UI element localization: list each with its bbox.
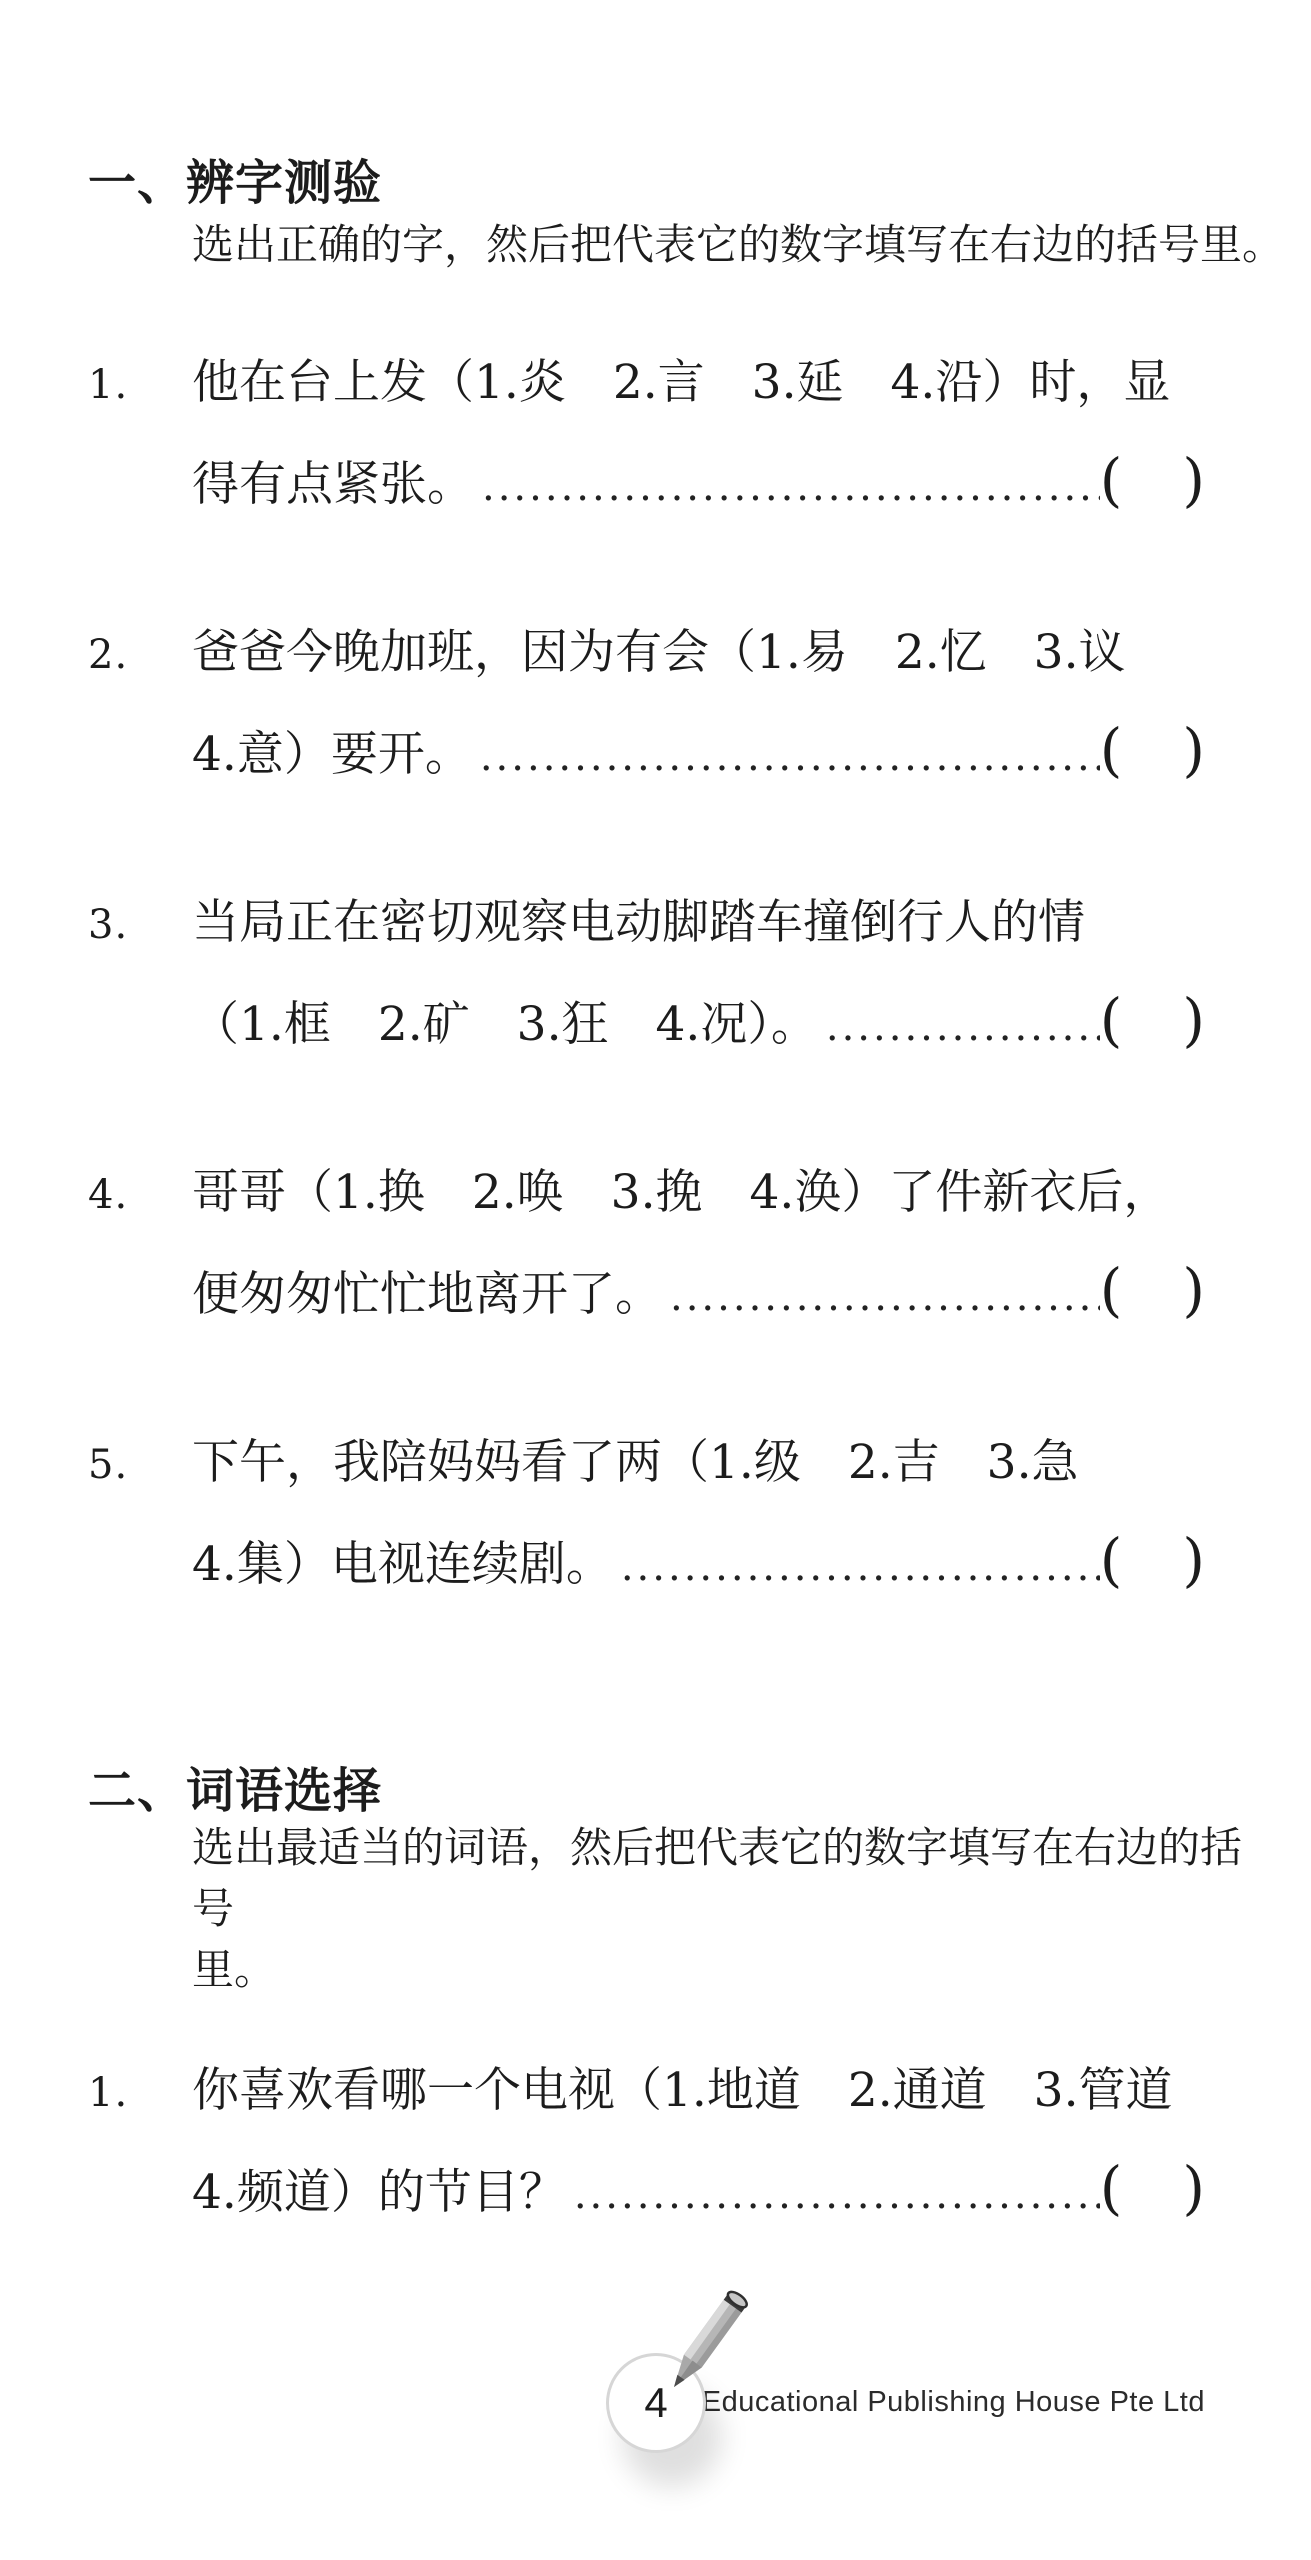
bracket-open: ( — [1100, 720, 1123, 780]
bracket-open: ( — [1100, 990, 1123, 1050]
section-1-instruction: 选出正确的字，然后把代表它的数字填写在右边的括号里。 — [192, 214, 1252, 275]
question-1-line1: 他在台上发（1.炎 2.言 3.延 4.沿）时，显 — [192, 353, 1170, 413]
question-1-number: 1. — [88, 355, 192, 415]
answer-brackets: () — [1100, 1530, 1205, 1590]
question-4-line1: 哥哥（1.换 2.唤 3.挽 4.涣）了件新衣后， — [192, 1163, 1170, 1223]
bracket-close: ) — [1182, 990, 1205, 1050]
question-5: 5. 下午，我陪妈妈看了两（1.级 2.吉 3.急 4.集）电视连续剧。 ...… — [88, 1433, 1205, 1597]
question-3-line2: （1.框 2.矿 3.狂 4.况）。 — [192, 995, 818, 1055]
answer-brackets: () — [1100, 2158, 1205, 2218]
section-2-number: 二、 — [88, 1765, 186, 1818]
section-1-instruction-text: 选出正确的字，然后把代表它的数字填写在右边的括号里。 — [192, 220, 1284, 269]
bracket-close: ) — [1182, 1260, 1205, 1320]
bracket-open: ( — [1100, 2158, 1123, 2218]
dotted-leader: ........................................… — [662, 1267, 1100, 1327]
question-4: 4. 哥哥（1.换 2.唤 3.挽 4.涣）了件新衣后， 便匆匆忙忙地离开了。 … — [88, 1163, 1205, 1327]
section-2-question-1-line2: 4.频道）的节目？ — [192, 2163, 566, 2223]
question-2: 2. 爸爸今晚加班，因为有会（1.易 2.忆 3.议 4.意）要开。 .....… — [88, 623, 1205, 787]
question-2-line1: 爸爸今晚加班，因为有会（1.易 2.忆 3.议 — [192, 623, 1126, 683]
bracket-open: ( — [1100, 1260, 1123, 1320]
pencil-icon — [650, 2283, 760, 2393]
question-3-number: 3. — [88, 895, 192, 955]
bracket-close: ) — [1182, 2158, 1205, 2218]
section-2-instruction-line1: 选出最适当的词语，然后把代表它的数字填写在右边的括号 — [192, 1817, 1252, 1939]
answer-brackets: () — [1100, 450, 1205, 510]
section-1-number: 一、 — [88, 157, 186, 210]
dotted-leader: ........................................… — [613, 1537, 1100, 1597]
section-1-header: 一、辨字测验 — [88, 144, 382, 213]
answer-brackets: () — [1100, 1260, 1205, 1320]
section-2-header: 二、词语选择 — [88, 1752, 382, 1821]
section-2-instruction: 选出最适当的词语，然后把代表它的数字填写在右边的括号 里。 — [192, 1817, 1252, 2000]
section-2-instruction-line2: 里。 — [192, 1939, 1252, 2000]
question-3-line1: 当局正在密切观察电动脚踏车撞倒行人的情 — [192, 893, 1085, 953]
dotted-leader: ........................................… — [472, 727, 1100, 787]
bracket-open: ( — [1100, 450, 1123, 510]
section-1-title: 辨字测验 — [186, 157, 382, 210]
section-2-question-1: 1. 你喜欢看哪一个电视（1.地道 2.通道 3.管道 4.频道）的节目？ ..… — [88, 2061, 1205, 2225]
question-4-number: 4. — [88, 1165, 192, 1225]
question-5-line2: 4.集）电视连续剧。 — [192, 1535, 613, 1595]
question-5-number: 5. — [88, 1435, 192, 1495]
bracket-open: ( — [1100, 1530, 1123, 1590]
question-3: 3. 当局正在密切观察电动脚踏车撞倒行人的情 （1.框 2.矿 3.狂 4.况）… — [88, 893, 1205, 1057]
section-2-question-1-line1: 你喜欢看哪一个电视（1.地道 2.通道 3.管道 — [192, 2061, 1173, 2121]
dotted-leader: ........................................… — [566, 2165, 1100, 2225]
section-2-question-1-number: 1. — [88, 2063, 192, 2123]
dotted-leader: ........................................… — [474, 457, 1100, 517]
question-1-line2: 得有点紧张。 — [192, 455, 474, 515]
bracket-close: ) — [1182, 450, 1205, 510]
bracket-close: ) — [1182, 1530, 1205, 1590]
question-4-line2: 便匆匆忙忙地离开了。 — [192, 1265, 662, 1325]
question-5-line1: 下午，我陪妈妈看了两（1.级 2.吉 3.急 — [192, 1433, 1079, 1493]
question-2-number: 2. — [88, 625, 192, 685]
answer-brackets: () — [1100, 720, 1205, 780]
answer-brackets: () — [1100, 990, 1205, 1050]
dotted-leader: ...................................... — [818, 997, 1100, 1057]
question-2-line2: 4.意）要开。 — [192, 725, 472, 785]
section-2-title: 词语选择 — [186, 1765, 382, 1818]
bracket-close: ) — [1182, 720, 1205, 780]
question-1: 1. 他在台上发（1.炎 2.言 3.延 4.沿）时，显 得有点紧张。 ....… — [88, 353, 1205, 517]
worksheet-page: 一、辨字测验 选出正确的字，然后把代表它的数字填写在右边的括号里。 1. 他在台… — [0, 0, 1311, 2560]
